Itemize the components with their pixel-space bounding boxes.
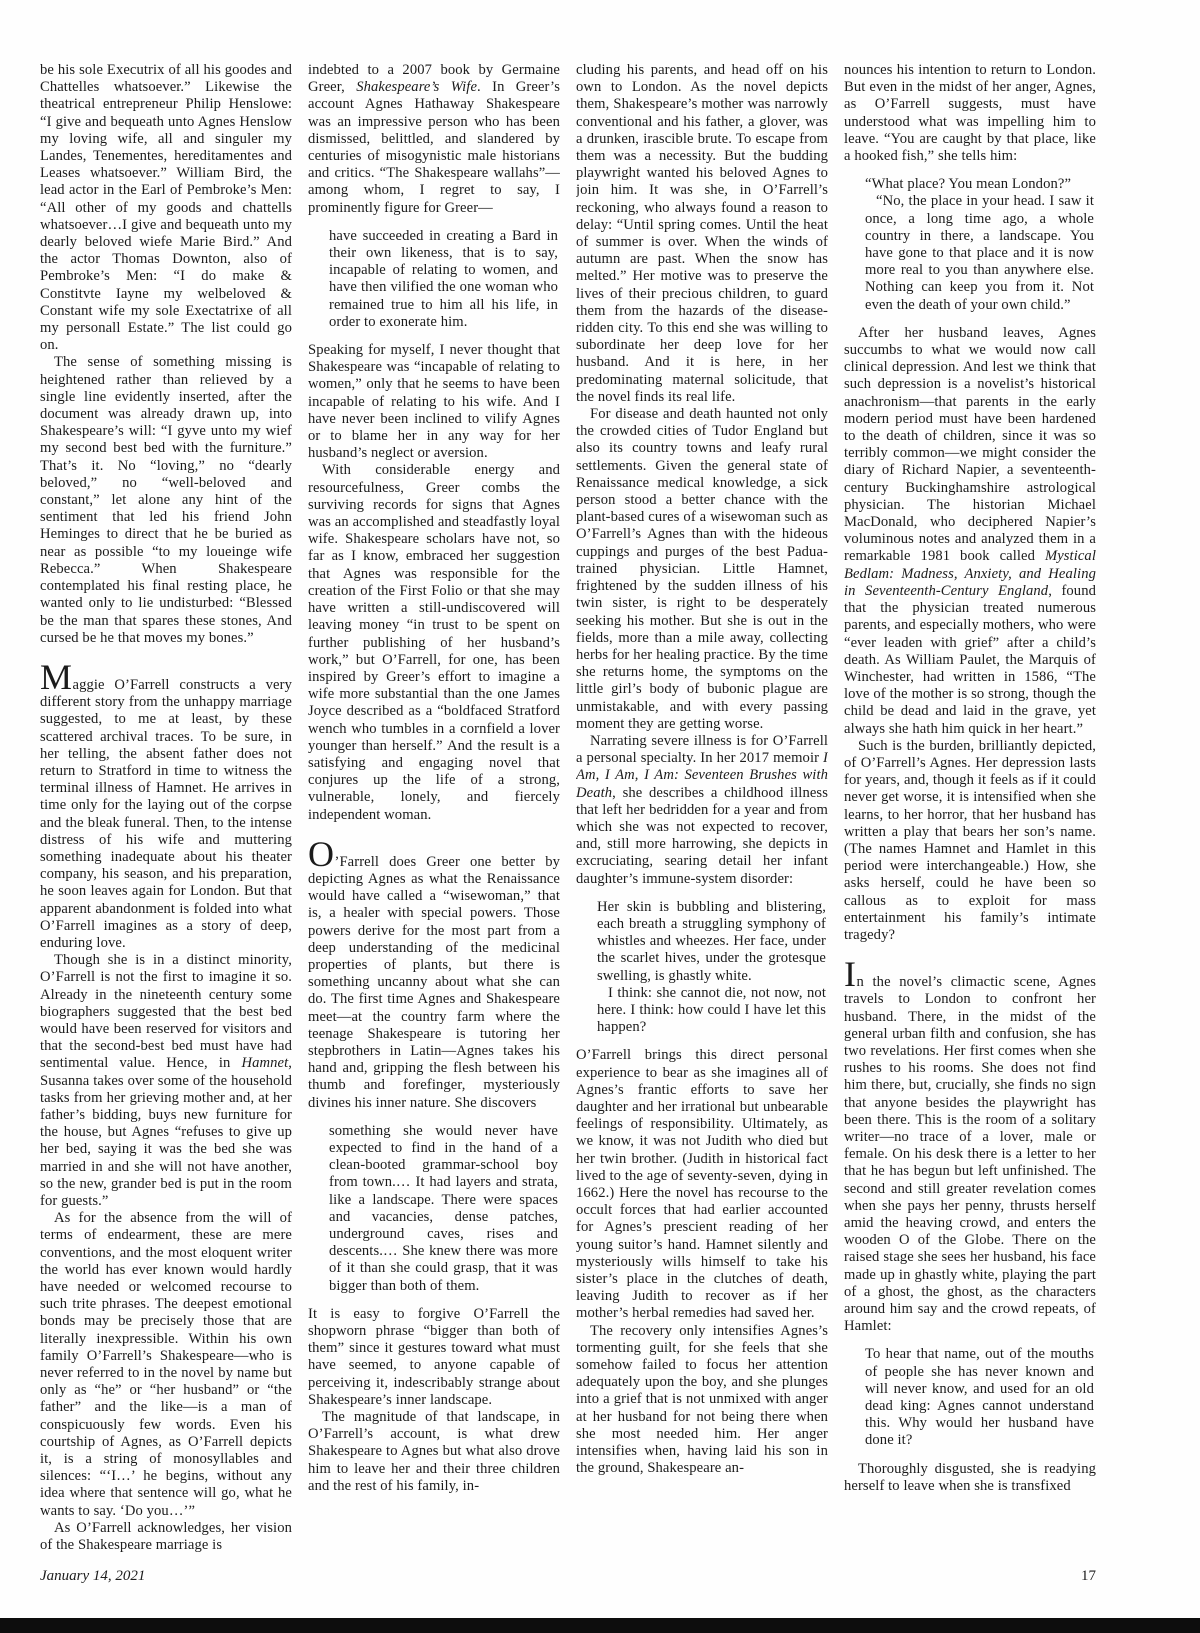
paragraph: Narrating severe illness is for O’Farrel… [576,733,828,888]
text-run: nounces his intention to return to Londo… [844,62,1096,164]
paragraph: Thoroughly disgusted, she is readying he… [844,1461,1096,1495]
paragraph: The recovery only intensifies Agnes’s to… [576,1323,828,1478]
paragraph: For disease and death haunted not only t… [576,406,828,733]
block-quote: have succeeded in creating a Bard in the… [329,228,558,331]
text-run: Though she is in a distinct minority, O’… [40,952,292,1071]
text-run: For disease and death haunted not only t… [576,406,828,732]
paragraph: be his sole Executrix of all his goodes … [40,62,292,354]
text-run: cluding his parents, and head off on his… [576,62,828,405]
italic-text-run: Shakespeare’s Wife [356,79,477,95]
block-quote: “What place? You mean London?” [865,176,1094,193]
paragraph: O’Farrell does Greer one better by depic… [308,854,560,1112]
text-run: The sense of something missing is height… [40,354,292,645]
text-run: The magnitude of that landscape, in O’Fa… [308,1409,560,1494]
block-quote: Her skin is bubbling and blistering, eac… [597,899,826,985]
paragraph: The sense of something missing is height… [40,354,292,646]
text-run: ’Farrell does Greer one better by depict… [308,854,560,1111]
paragraph: O’Farrell brings this direct personal ex… [576,1047,828,1322]
text-run: With considerable energy and resourceful… [308,462,560,822]
paragraph: indebted to a 2007 book by Germaine Gree… [308,62,560,217]
magazine-page: be his sole Executrix of all his goodes … [0,0,1200,1633]
paragraph: Speaking for myself, I never thought tha… [308,342,560,462]
text-run: It is easy to forgive O’Farrell the shop… [308,1306,560,1408]
raised-cap: I [844,954,857,994]
block-quote: “No, the place in your head. I saw it on… [865,193,1094,313]
text-run: Such is the burden, brilliantly depicted… [844,738,1096,943]
paragraph: The magnitude of that landscape, in O’Fa… [308,1409,560,1495]
italic-text-run: Hamnet [241,1055,288,1071]
footer-date: January 14, 2021 [40,1568,145,1585]
paragraph: nounces his intention to return to Londo… [844,62,1096,165]
paragraph: It is easy to forgive O’Farrell the shop… [308,1306,560,1409]
article-columns: be his sole Executrix of all his goodes … [40,62,1096,1554]
footer: January 14, 2021 17 [40,1568,1096,1585]
text-run: As O’Farrell acknowledges, her vision of… [40,1520,292,1553]
block-quote: something she would never have expected … [329,1123,558,1295]
block-quote: I think: she cannot die, not now, not he… [597,985,826,1037]
text-run: something she would never have expected … [329,1123,558,1294]
paragraph: Though she is in a distinct minority, O’… [40,952,292,1210]
text-run: aggie O’Farrell constructs a very differ… [40,677,292,951]
column-2: indebted to a 2007 book by Germaine Gree… [308,62,560,1554]
text-run: Thoroughly disgusted, she is readying he… [844,1461,1096,1494]
text-run: After her husband leaves, Agnes succumbs… [844,325,1096,565]
paragraph: As O’Farrell acknowledges, her vision of… [40,1520,292,1554]
text-run: have succeeded in creating a Bard in the… [329,228,558,330]
text-run: To hear that name, out of the mouths of … [865,1346,1094,1448]
page-number: 17 [1081,1568,1096,1585]
text-run: O’Farrell brings this direct personal ex… [576,1047,828,1321]
paragraph: cluding his parents, and head off on his… [576,62,828,406]
raised-cap: M [40,657,73,697]
text-run: Narrating severe illness is for O’Farrel… [576,733,828,766]
text-run: Speaking for myself, I never thought tha… [308,342,560,461]
bottom-scan-bar [0,1618,1200,1633]
paragraph: After her husband leaves, Agnes succumbs… [844,325,1096,738]
text-run: “No, the place in your head. I saw it on… [865,193,1094,312]
column-1: be his sole Executrix of all his goodes … [40,62,292,1554]
text-run: , found that the physician treated numer… [844,583,1096,737]
block-quote: To hear that name, out of the mouths of … [865,1346,1094,1449]
text-run: “What place? You mean London?” [865,176,1071,192]
text-run: . In Greer’s account Agnes Hathaway Shak… [308,79,560,215]
paragraph: Maggie O’Farrell constructs a very diffe… [40,677,292,952]
text-run: I think: she cannot die, not now, not he… [597,985,826,1035]
paragraph: As for the absence from the will of term… [40,1210,292,1520]
text-run: , she describes a childhood illness that… [576,785,828,887]
text-run: be his sole Executrix of all his goodes … [40,62,292,353]
text-run: Her skin is bubbling and blistering, eac… [597,899,826,984]
paragraph: In the novel’s climactic scene, Agnes tr… [844,974,1096,1335]
column-3: cluding his parents, and head off on his… [576,62,828,1554]
raised-cap: O [308,834,335,874]
paragraph: With considerable energy and resourceful… [308,462,560,823]
text-run: n the novel’s climactic scene, Agnes tra… [844,974,1096,1334]
column-4: nounces his intention to return to Londo… [844,62,1096,1554]
paragraph: Such is the burden, brilliantly depicted… [844,738,1096,944]
text-run: The recovery only intensifies Agnes’s to… [576,1323,828,1477]
text-run: As for the absence from the will of term… [40,1210,292,1518]
text-run: , Susanna takes over some of the househo… [40,1055,292,1209]
